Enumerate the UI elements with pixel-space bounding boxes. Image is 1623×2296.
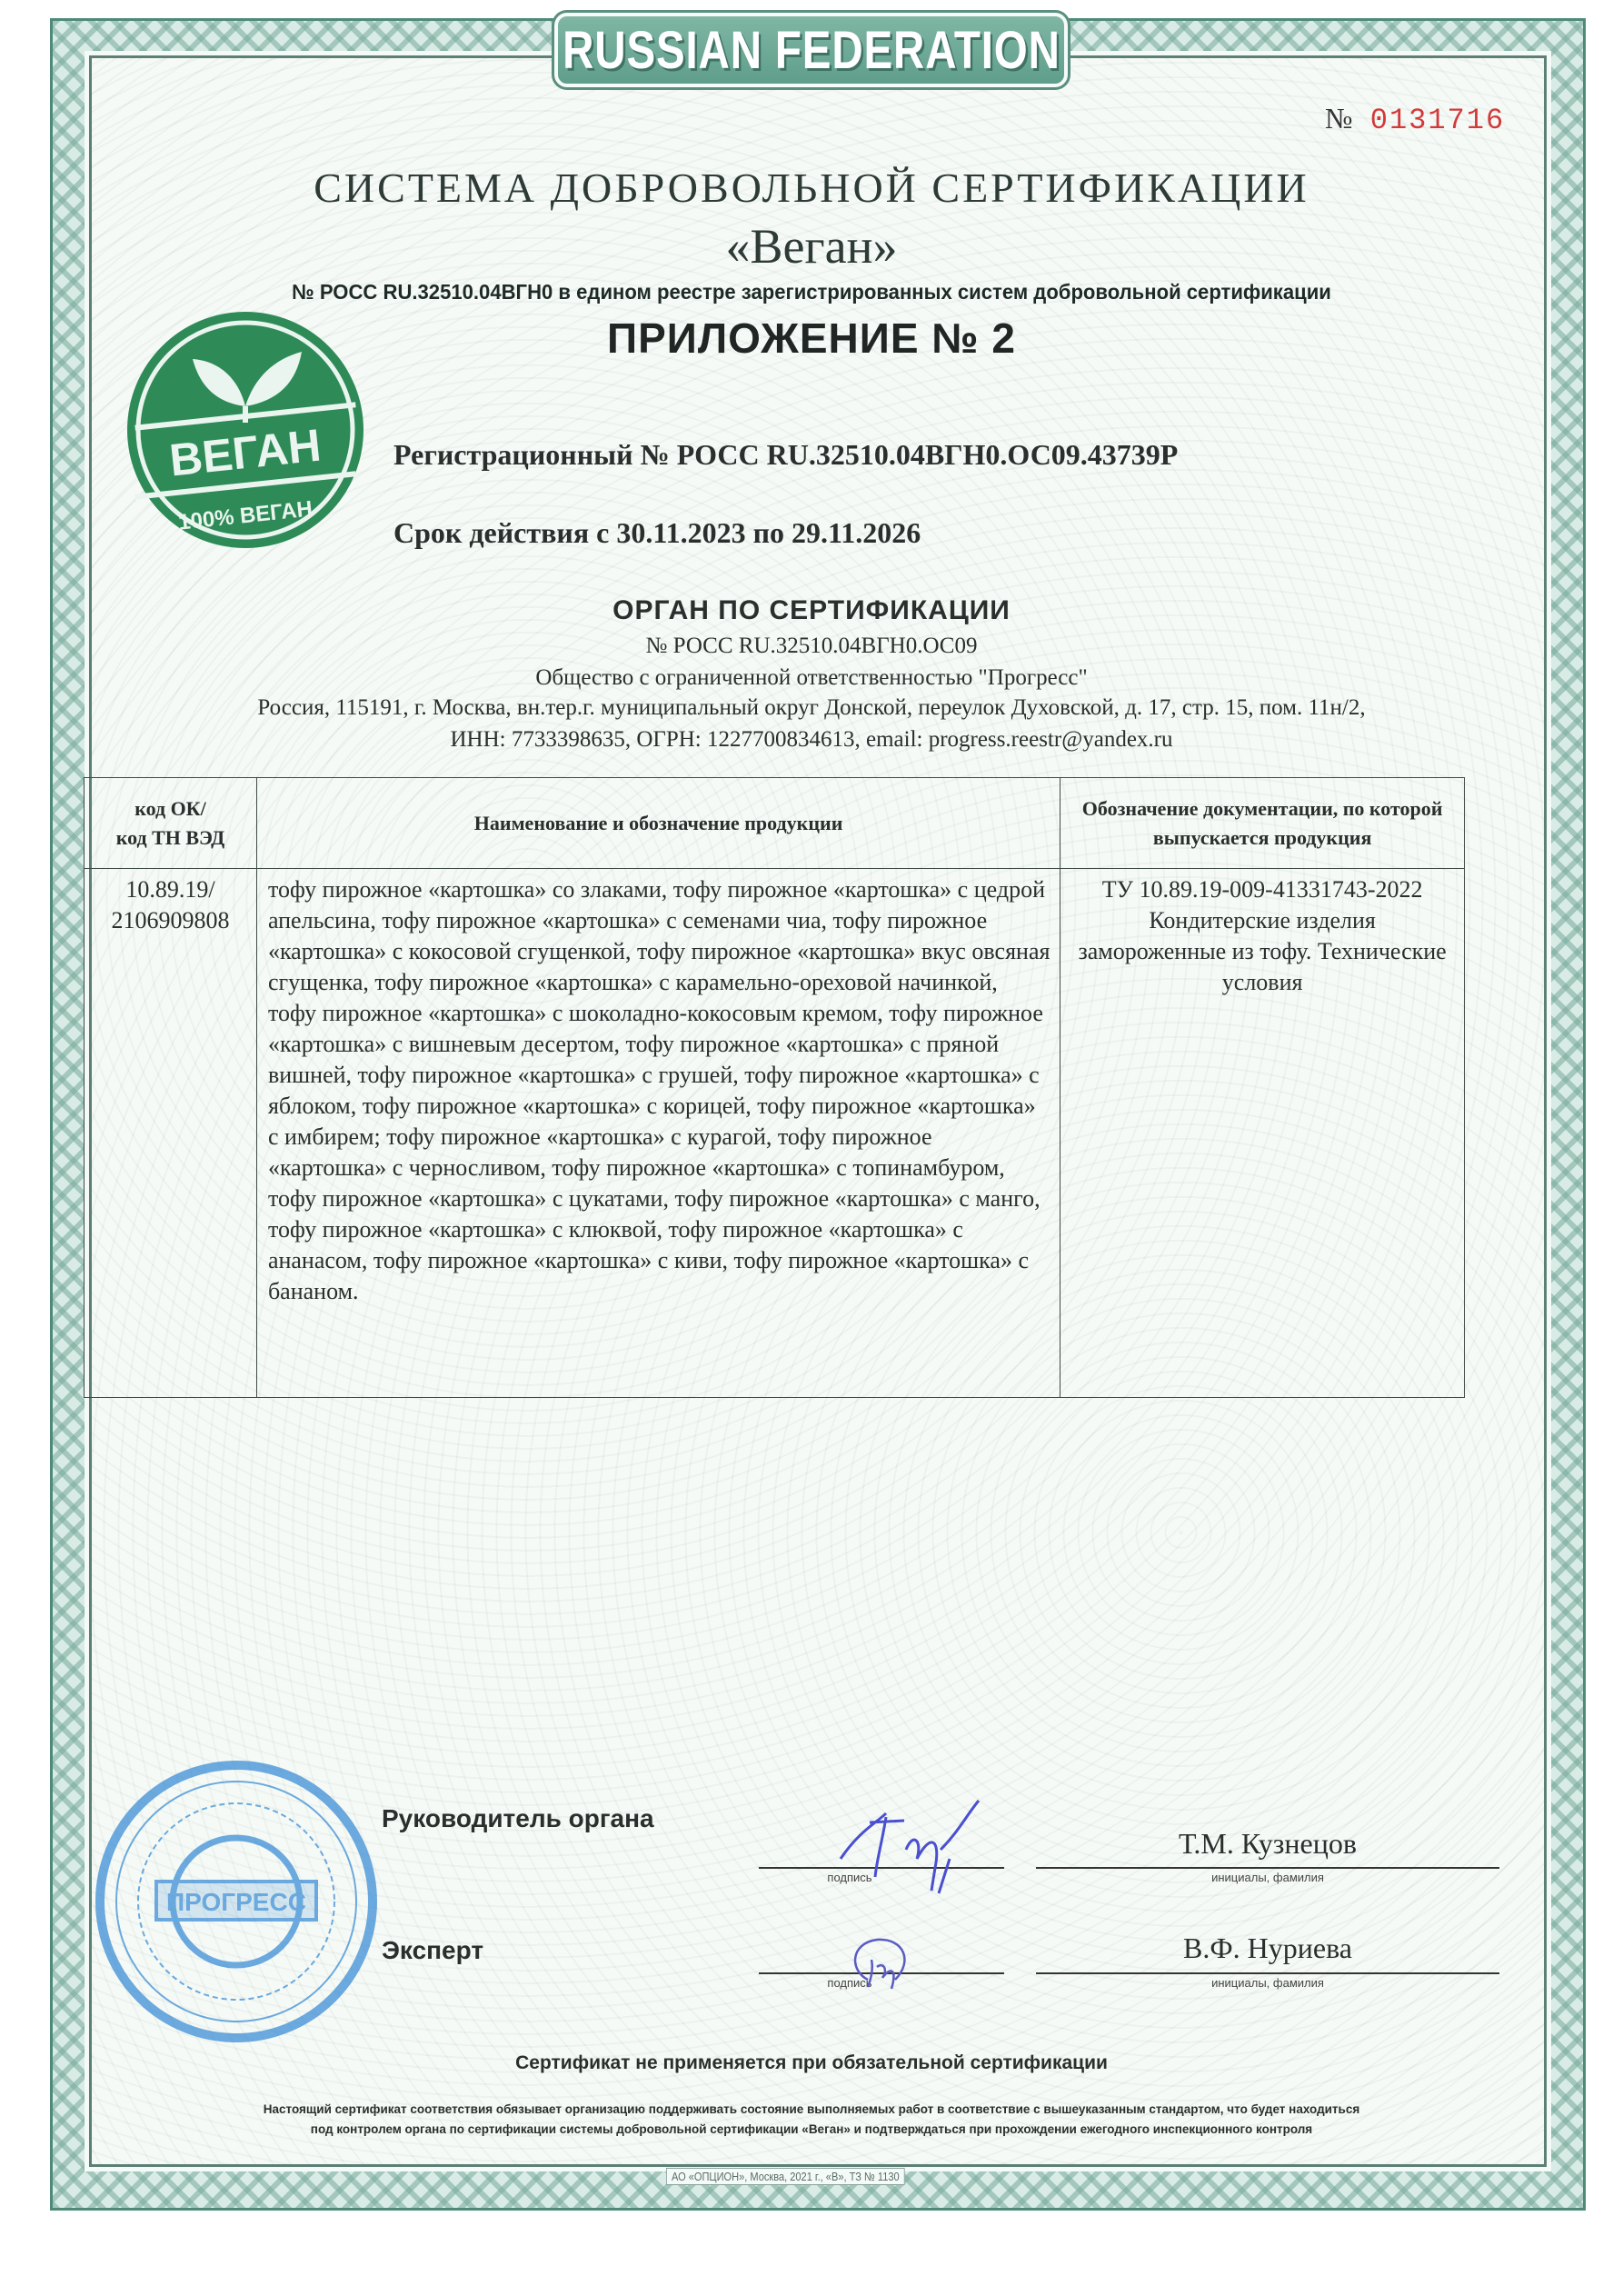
signature-role-expert: Эксперт: [382, 1936, 483, 1965]
signature-head-icon: [822, 1795, 986, 1895]
certification-body-number: № РОСС RU.32510.04ВГН0.ОС09: [0, 634, 1623, 659]
country-banner: RUSSIAN FEDERATION: [554, 13, 1068, 87]
banner-text: RUSSIAN FEDERATION: [563, 20, 1060, 81]
serial-number: № 0131716: [1325, 102, 1505, 137]
system-title: СИСТЕМА ДОБРОВОЛЬНОЙ СЕРТИФИКАЦИИ: [0, 164, 1623, 212]
cell-products: тофу пирожное «картошка» со злаками, тоф…: [256, 869, 1060, 1398]
vegan-logo-icon: ВЕГАН 100% ВЕГАН: [118, 304, 373, 554]
certification-body-ids: ИНН: 7733398635, ОГРН: 1227700834613, em…: [0, 727, 1623, 753]
footer-notice: Сертификат не применяется при обязательн…: [0, 2052, 1623, 2074]
fine-print-line-1: Настоящий сертификат соответствия обязыв…: [0, 2100, 1623, 2120]
header-products: Наименование и обозначение продукции: [256, 778, 1060, 869]
certification-body-organization: Общество с ограниченной ответственностью…: [0, 665, 1623, 691]
name-line-expert: [1036, 1972, 1499, 1974]
header-documentation: Обозначение документации, по которой вып…: [1060, 778, 1465, 869]
footer-fine-print: Настоящий сертификат соответствия обязыв…: [0, 2100, 1623, 2140]
system-name: «Веган»: [0, 218, 1623, 275]
name-caption-expert: инициалы, фамилия: [1036, 1976, 1499, 1990]
header-code: код ОК/ код ТН ВЭД: [85, 778, 257, 869]
products-table: код ОК/ код ТН ВЭД Наименование и обозна…: [84, 777, 1465, 1398]
serial-value: 0131716: [1370, 104, 1505, 137]
organization-stamp-icon: ПРОГРЕСС: [91, 1756, 382, 2047]
signature-role-head: Руководитель органа: [382, 1804, 654, 1833]
table-header-row: код ОК/ код ТН ВЭД Наименование и обозна…: [85, 778, 1465, 869]
fine-print-line-2: под контролем органа по сертификации сис…: [0, 2120, 1623, 2140]
validity-period: Срок действия с 30.11.2023 по 29.11.2026: [393, 516, 921, 550]
certification-body-title: ОРГАН ПО СЕРТИФИКАЦИИ: [0, 595, 1623, 626]
name-line-head: [1036, 1867, 1499, 1869]
cell-documentation: ТУ 10.89.19-009-41331743-2022 Кондитерск…: [1060, 869, 1465, 1398]
registration-number: Регистрационный № РОСС RU.32510.04ВГН0.О…: [393, 438, 1178, 472]
signatory-name-head: Т.М. Кузнецов: [1036, 1827, 1499, 1861]
registry-line: № РОСС RU.32510.04ВГН0 в едином реестре …: [33, 280, 1591, 304]
printer-imprint: АО «ОПЦИОН», Москва, 2021 г., «В», ТЗ № …: [666, 2168, 905, 2185]
name-caption-head: инициалы, фамилия: [1036, 1871, 1499, 1884]
signatory-name-expert: В.Ф. Нуриева: [1036, 1932, 1499, 1965]
signature-expert-icon: [841, 1934, 922, 1998]
table-row: 10.89.19/ 2106909808 тофу пирожное «карт…: [85, 869, 1465, 1398]
serial-prefix: №: [1325, 102, 1353, 135]
cell-code: 10.89.19/ 2106909808: [85, 869, 257, 1398]
certification-body-address: Россия, 115191, г. Москва, вн.тер.г. мун…: [0, 695, 1623, 721]
svg-text:ПРОГРЕСС: ПРОГРЕСС: [166, 1888, 306, 1916]
